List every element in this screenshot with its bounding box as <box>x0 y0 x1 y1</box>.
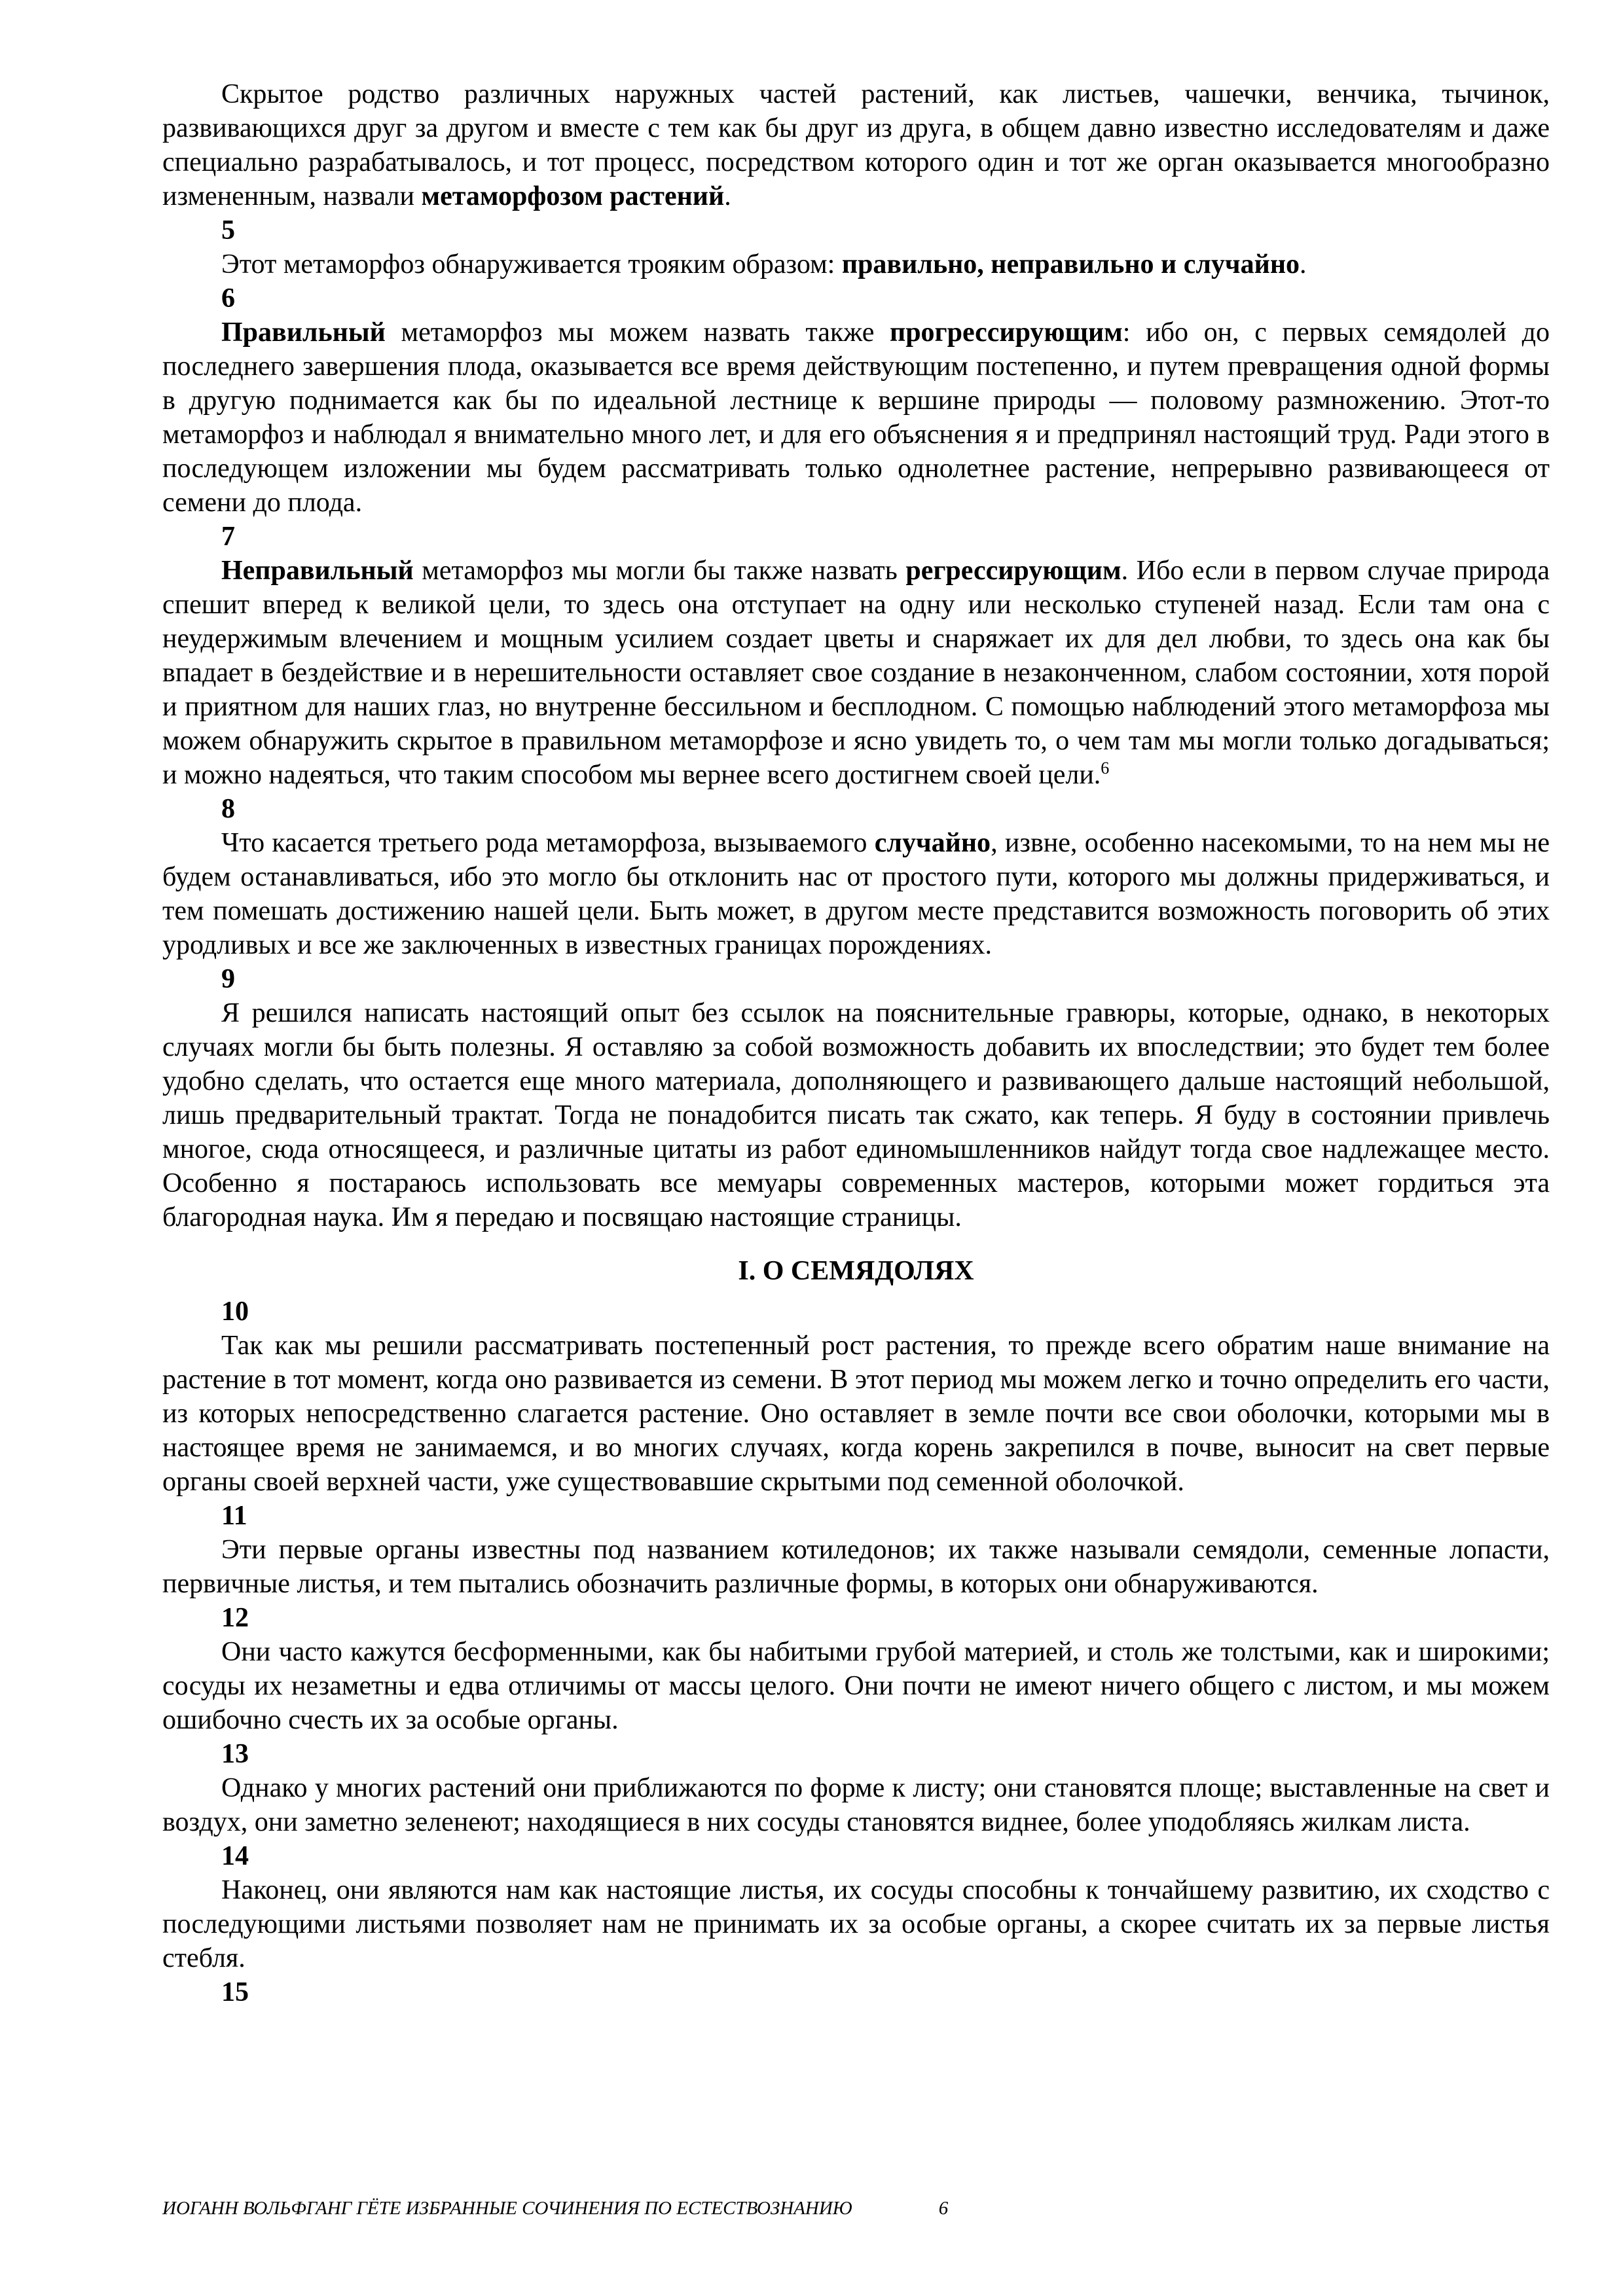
paragraph: Что касается третьего рода метаморфоза, … <box>162 826 1550 962</box>
emphasis-text: Неправильный <box>221 556 414 586</box>
footer-page-number: 6 <box>939 2197 949 2220</box>
paragraph: Я решился написать настоящий опыт без сс… <box>162 996 1550 1234</box>
paragraph-number: 6 <box>162 281 1550 315</box>
emphasis-text: случайно <box>875 828 991 858</box>
footnote-marker: 6 <box>1101 759 1109 778</box>
paragraph: Эти первые органы известны под названием… <box>162 1533 1550 1601</box>
paragraph: Наконец, они являются нам как настоящие … <box>162 1873 1550 1975</box>
paragraph-number: 8 <box>162 792 1550 826</box>
paragraph: Этот метаморфоз обнаруживается трояким о… <box>162 247 1550 281</box>
paragraph-number: 7 <box>162 520 1550 554</box>
paragraph-number: 9 <box>162 962 1550 996</box>
paragraph-number: 10 <box>162 1295 1550 1329</box>
emphasis-text: метаморфозом растений <box>422 181 725 211</box>
paragraph-number: 11 <box>162 1499 1550 1533</box>
paragraph-number: 5 <box>162 213 1550 247</box>
paragraph: Так как мы решили рассматривать постепен… <box>162 1329 1550 1499</box>
emphasis-text: прогрессирующим <box>890 317 1123 348</box>
paragraph-number: 14 <box>162 1839 1550 1873</box>
paragraph-number: 13 <box>162 1737 1550 1771</box>
emphasis-text: регрессирующим <box>905 556 1121 586</box>
emphasis-text: правильно, неправильно и случайно <box>842 249 1300 279</box>
paragraph: Они часто кажутся бесформенными, как бы … <box>162 1635 1550 1737</box>
footer-book-title: ИОГАНН ВОЛЬФГАНГ ГЁТЕ ИЗБРАННЫЕ СОЧИНЕНИ… <box>162 2198 852 2219</box>
section-heading: I. О СЕМЯДОЛЯХ <box>162 1254 1550 1288</box>
paragraph: Правильный метаморфоз мы можем назвать т… <box>162 315 1550 520</box>
page-footer: ИОГАНН ВОЛЬФГАНГ ГЁТЕ ИЗБРАННЫЕ СОЧИНЕНИ… <box>162 2197 1550 2220</box>
document-body: Скрытое родство различных наружных часте… <box>162 77 1550 2009</box>
paragraph: Скрытое родство различных наружных часте… <box>162 77 1550 213</box>
emphasis-text: Правильный <box>221 317 386 348</box>
paragraph: Однако у многих растений они приближаютс… <box>162 1771 1550 1839</box>
paragraph: Неправильный метаморфоз мы могли бы такж… <box>162 554 1550 792</box>
paragraph-number: 12 <box>162 1601 1550 1635</box>
paragraph-number: 15 <box>162 1975 1550 2009</box>
document-page: Скрытое родство различных наружных часте… <box>0 0 1623 2296</box>
